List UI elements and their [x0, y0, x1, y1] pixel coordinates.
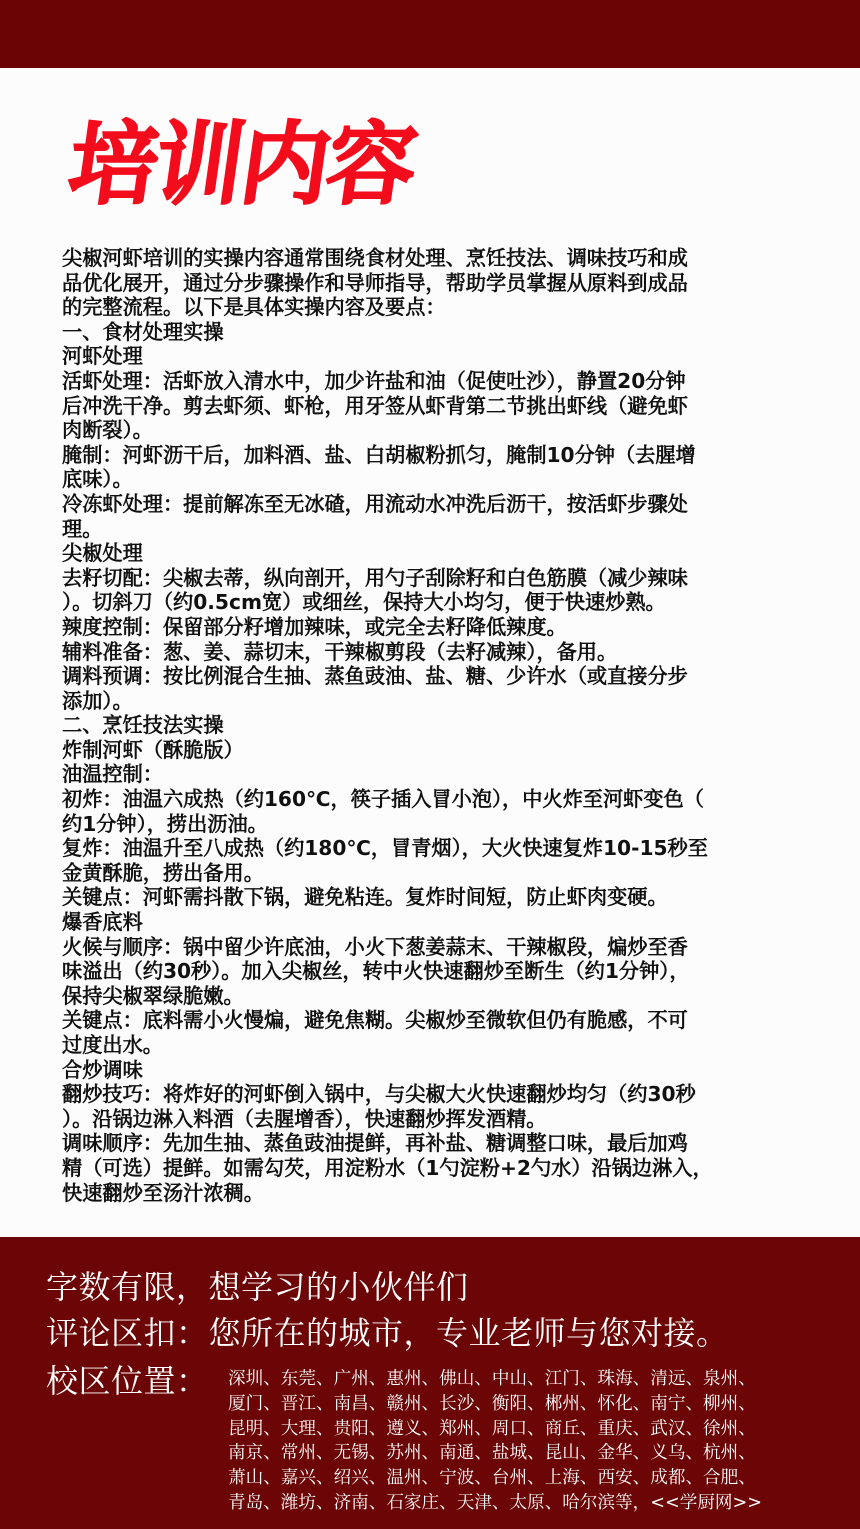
- body-text-line: 底味）。: [62, 467, 802, 492]
- body-text-line: 肉断裂）。: [62, 418, 802, 443]
- body-text-line: 合炒调味: [62, 1058, 802, 1083]
- body-text-line: 尖椒河虾培训的实操内容通常围绕食材处理、烹饪技法、调味技巧和成: [62, 246, 802, 271]
- body-text-line: 精（可选）提鲜。如需勾芡，用淀粉水（1勺淀粉+2勺水）沿锅边淋入，: [62, 1156, 802, 1181]
- page-title: 培训内容: [62, 110, 421, 220]
- body-text-line: ）。切斜刀（约0.5cm宽）或细丝，保持大小均匀，便于快速炒熟。: [62, 590, 802, 615]
- body-text-line: 火候与顺序：锅中留少许底油，小火下葱姜蒜末、干辣椒段，煸炒至香: [62, 935, 802, 960]
- top-banner-band: [0, 0, 860, 68]
- footer-note-line: 字数有限，想学习的小伙伴们: [46, 1267, 469, 1307]
- body-text-line: 添加）。: [62, 689, 802, 714]
- footer-banner: 字数有限，想学习的小伙伴们 评论区扣：您所在的城市，专业老师与您对接。 校区位置…: [0, 1237, 860, 1529]
- body-text-line: 油温控制：: [62, 762, 802, 787]
- city-list-line: 厦门、晋江、南昌、赣州、长沙、衡阳、郴州、怀化、南宁、柳州、: [228, 1392, 828, 1417]
- body-text-line: 辅料准备：葱、姜、蒜切末，干辣椒剪段（去籽减辣），备用。: [62, 640, 802, 665]
- body-text-line: 关键点：河虾需抖散下锅，避免粘连。复炸时间短，防止虾肉变硬。: [62, 885, 802, 910]
- body-text-line: 初炸：油温六成热（约160℃，筷子插入冒小泡），中火炸至河虾变色（: [62, 787, 802, 812]
- city-list-line: 昆明、大理、贵阳、遵义、郑州、周口、商丘、重庆、武汉、徐州、: [228, 1417, 828, 1442]
- body-text-line: 调料预调：按比例混合生抽、蒸鱼豉油、盐、糖、少许水（或直接分步: [62, 664, 802, 689]
- footer-comment-prompt: 评论区扣：您所在的城市，专业老师与您对接。: [46, 1313, 729, 1353]
- city-list-line: 萧山、嘉兴、绍兴、温州、宁波、台州、上海、西安、成都、合肥、: [228, 1466, 828, 1491]
- body-text-line: 味溢出（约30秒）。加入尖椒丝，转中火快速翻炒至断生（约1分钟），: [62, 959, 802, 984]
- body-text-line: 关键点：底料需小火慢煸，避免焦糊。尖椒炒至微软但仍有脆感，不可: [62, 1008, 802, 1033]
- city-list-line: 深圳、东莞、广州、惠州、佛山、中山、江门、珠海、清远、泉州、: [228, 1367, 828, 1392]
- campus-city-list: 深圳、东莞、广州、惠州、佛山、中山、江门、珠海、清远、泉州、厦门、晋江、南昌、赣…: [228, 1367, 828, 1516]
- body-text-line: 后冲洗干净。剪去虾须、虾枪，用牙签从虾背第二节挑出虾线（避免虾: [62, 394, 802, 419]
- body-text-line: 金黄酥脆，捞出备用。: [62, 861, 802, 886]
- city-list-line: 南京、常州、无锡、苏州、南通、盐城、昆山、金华、义乌、杭州、: [228, 1441, 828, 1466]
- body-text-line: 的完整流程。以下是具体实操内容及要点：: [62, 295, 802, 320]
- body-text-line: 翻炒技巧：将炸好的河虾倒入锅中，与尖椒大火快速翻炒均匀（约30秒: [62, 1082, 802, 1107]
- body-text-line: 调味顺序：先加生抽、蒸鱼豉油提鲜，再补盐、糖调整口味，最后加鸡: [62, 1131, 802, 1156]
- body-text-line: 快速翻炒至汤汁浓稠。: [62, 1181, 802, 1206]
- body-text-line: 约1分钟），捞出沥油。: [62, 812, 802, 837]
- body-text-line: 腌制：河虾沥干后，加料酒、盐、白胡椒粉抓匀，腌制10分钟（去腥增: [62, 443, 802, 468]
- campus-location-label: 校区位置：: [46, 1361, 209, 1401]
- body-text-line: 活虾处理：活虾放入清水中，加少许盐和油（促使吐沙），静置20分钟: [62, 369, 802, 394]
- body-text-line: 爆香底料: [62, 910, 802, 935]
- training-content-body: 尖椒河虾培训的实操内容通常围绕食材处理、烹饪技法、调味技巧和成品优化展开，通过分…: [62, 246, 802, 1205]
- body-text-line: 品优化展开，通过分步骤操作和导师指导，帮助学员掌握从原料到成品: [62, 271, 802, 296]
- body-text-line: 二、烹饪技法实操: [62, 713, 802, 738]
- body-text-line: 理。: [62, 517, 802, 542]
- body-text-line: 炸制河虾（酥脆版）: [62, 738, 802, 763]
- body-text-line: 过度出水。: [62, 1033, 802, 1058]
- body-text-line: 冷冻虾处理：提前解冻至无冰碴，用流动水冲洗后沥干，按活虾步骤处: [62, 492, 802, 517]
- body-text-line: 一、食材处理实操: [62, 320, 802, 345]
- body-text-line: 复炸：油温升至八成热（约180℃，冒青烟），大火快速复炸10-15秒至: [62, 836, 802, 861]
- body-text-line: 辣度控制：保留部分籽增加辣味，或完全去籽降低辣度。: [62, 615, 802, 640]
- body-text-line: 去籽切配：尖椒去蒂，纵向剖开，用勺子刮除籽和白色筋膜（减少辣味: [62, 566, 802, 591]
- body-text-line: ）。沿锅边淋入料酒（去腥增香），快速翻炒挥发酒精。: [62, 1107, 802, 1132]
- body-text-line: 尖椒处理: [62, 541, 802, 566]
- body-text-line: 保持尖椒翠绿脆嫩。: [62, 984, 802, 1009]
- body-text-line: 河虾处理: [62, 344, 802, 369]
- city-list-line: 青岛、潍坊、济南、石家庄、天津、太原、哈尔滨等，<<学厨网>>: [228, 1491, 828, 1516]
